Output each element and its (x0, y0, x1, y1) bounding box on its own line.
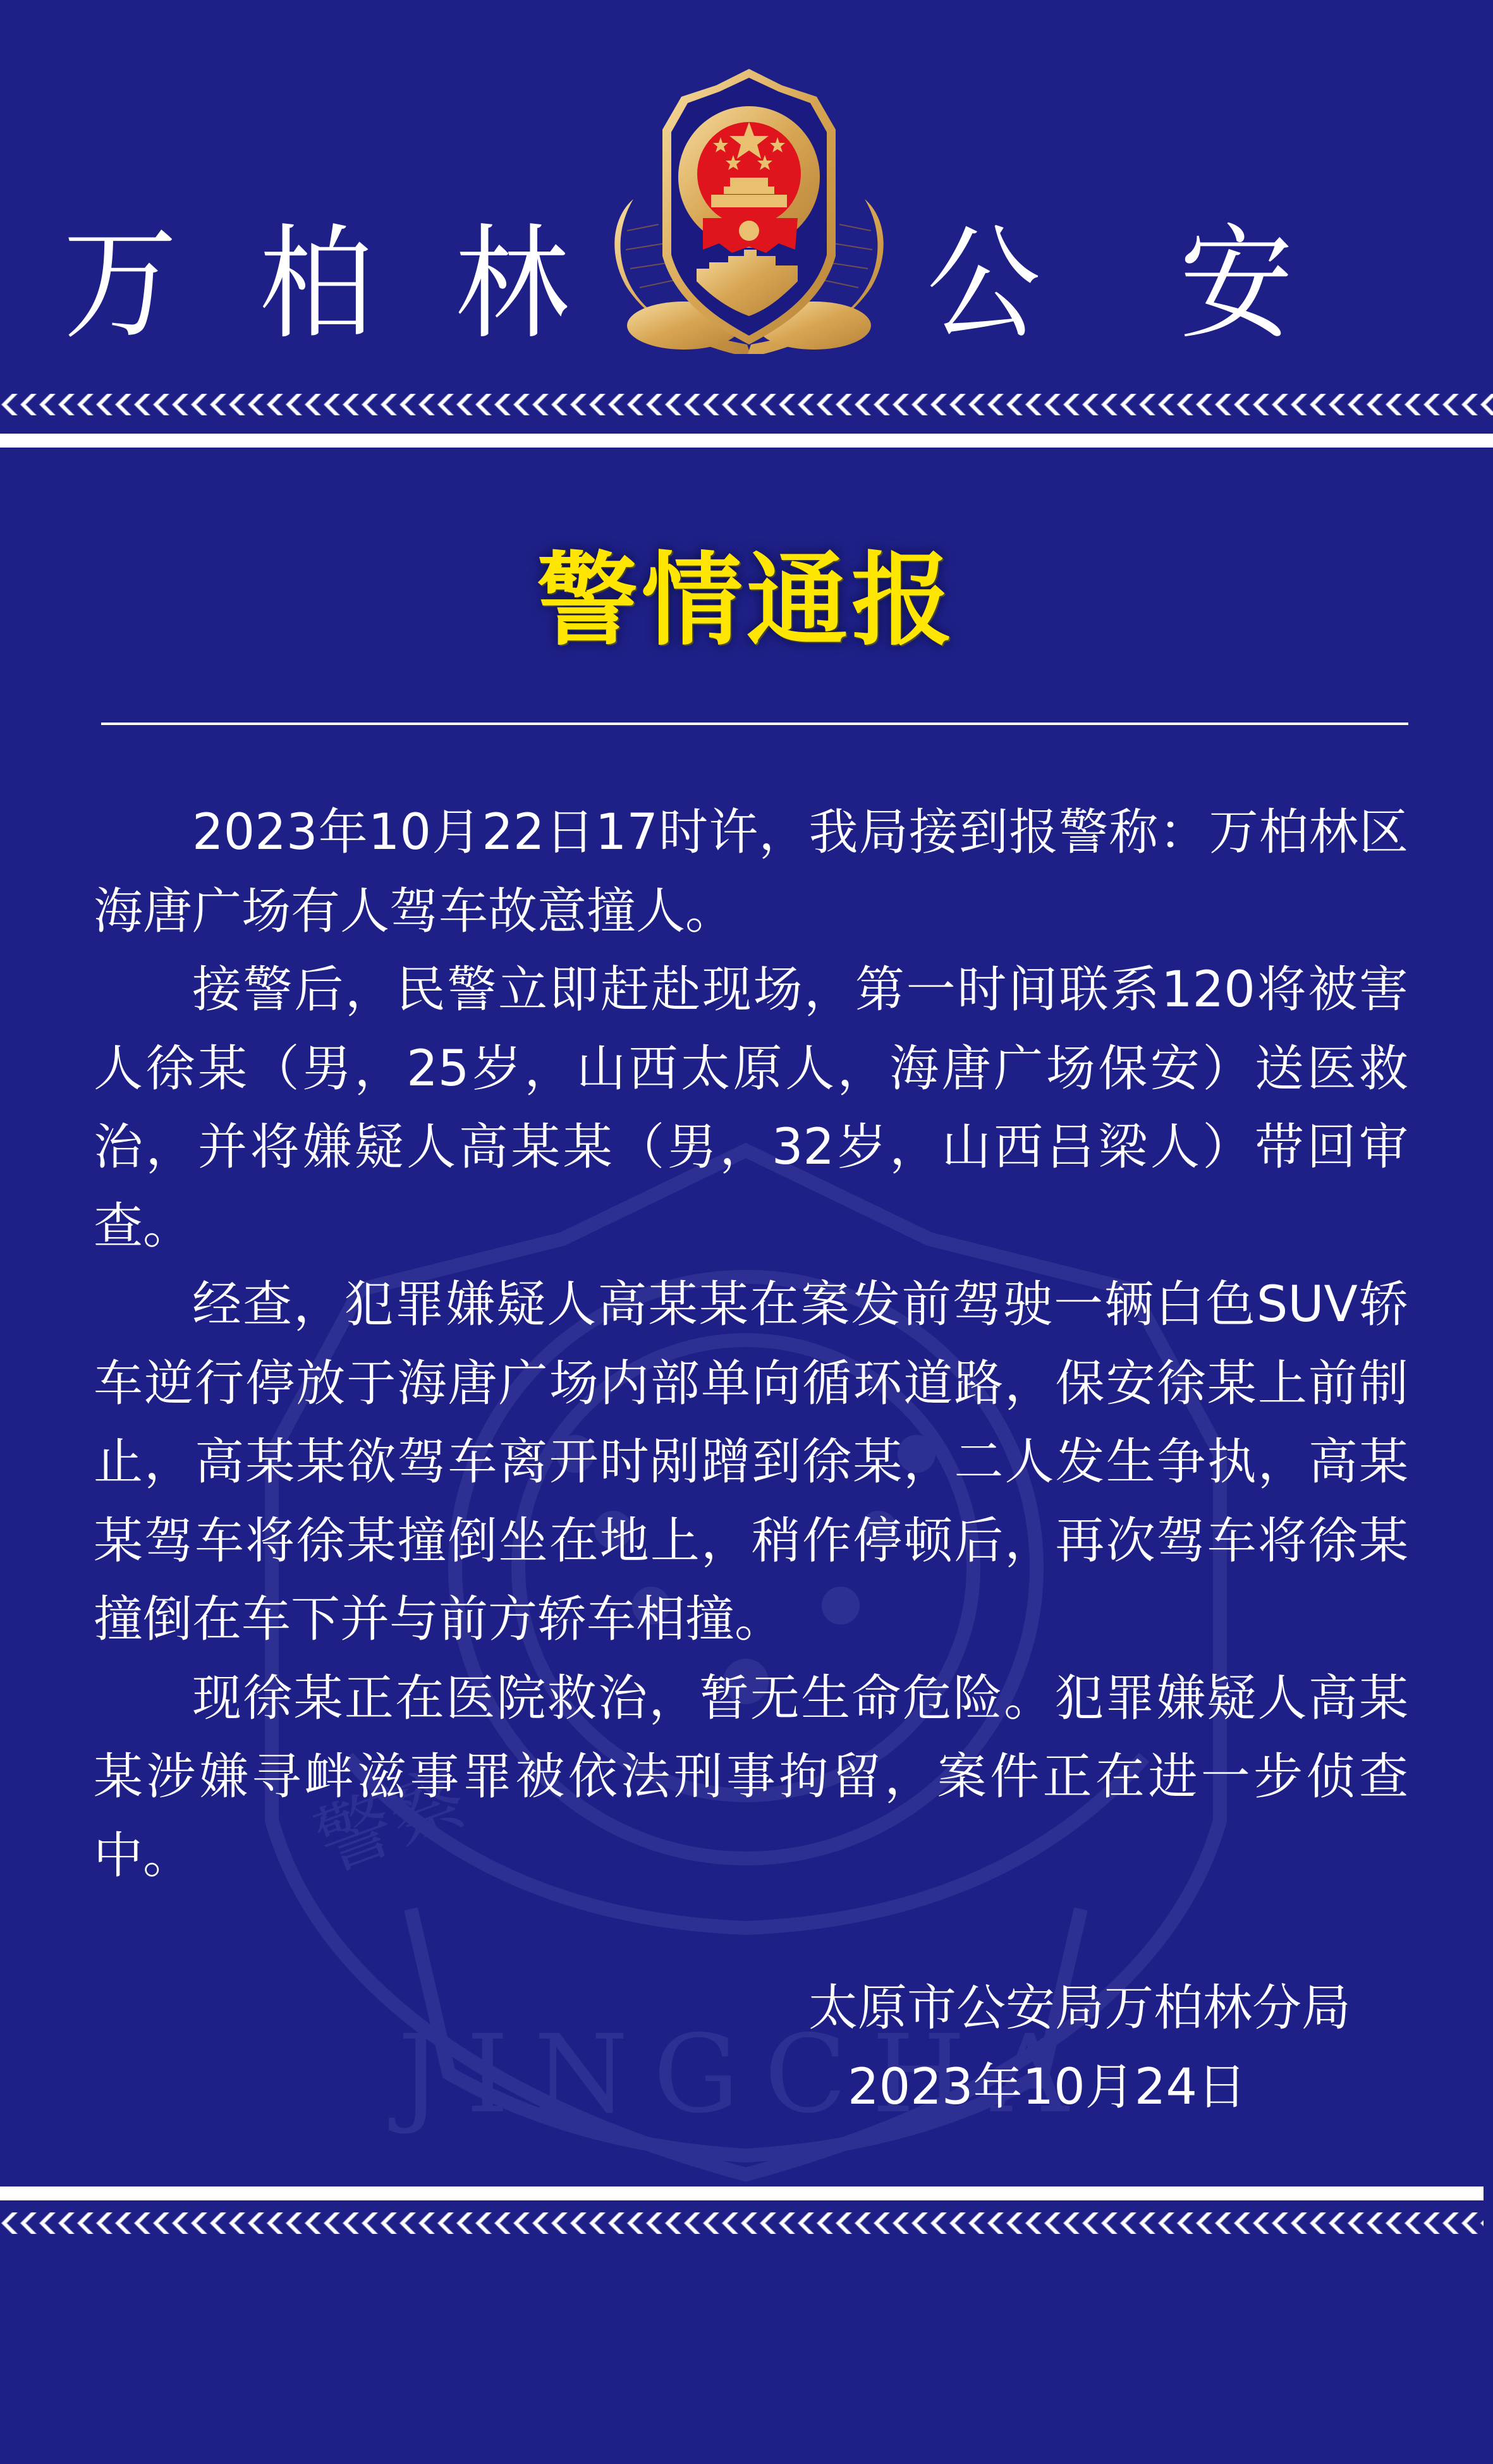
bottom-white-bar (0, 2186, 1484, 2200)
paragraph-report: 2023年10月22日17时许，我局接到报警称：万柏林区海唐广场有人驾车故意撞人… (94, 793, 1408, 951)
header-char-an: 安 (1179, 215, 1293, 354)
police-emblem-icon (608, 66, 890, 354)
paragraph-investigation: 经查，犯罪嫌疑人高某某在案发前驾驶一辆白色SUV轿车逆行停放于海唐广场内部单向循… (94, 1266, 1408, 1659)
header-char-gong: 公 (927, 215, 1040, 354)
header-char-bai: 柏 (259, 215, 373, 354)
issuing-organization: 太原市公安局万柏林分局 (808, 1969, 1351, 2047)
notice-title: 警情通报 (0, 537, 1493, 664)
top-white-bar (0, 434, 1493, 448)
paragraph-status: 现徐某正在医院救治，暂无生命危险。犯罪嫌疑人高某某涉嫌寻衅滋事罪被依法刑事拘留，… (94, 1659, 1408, 1896)
issue-date: 2023年10月24日 (848, 2048, 1246, 2126)
header-char-wan: 万 (63, 215, 177, 354)
header-char-lin: 林 (455, 215, 569, 354)
top-chevron-stripe (0, 394, 1493, 415)
paragraph-response: 接警后，民警立即赶赴现场，第一时间联系120将被害人徐某（男，25岁，山西太原人… (94, 951, 1408, 1266)
notice-body: 2023年10月22日17时许，我局接到报警称：万柏林区海唐广场有人驾车故意撞人… (94, 793, 1408, 1895)
title-divider (101, 723, 1408, 725)
bottom-chevron-stripe (0, 2212, 1484, 2234)
